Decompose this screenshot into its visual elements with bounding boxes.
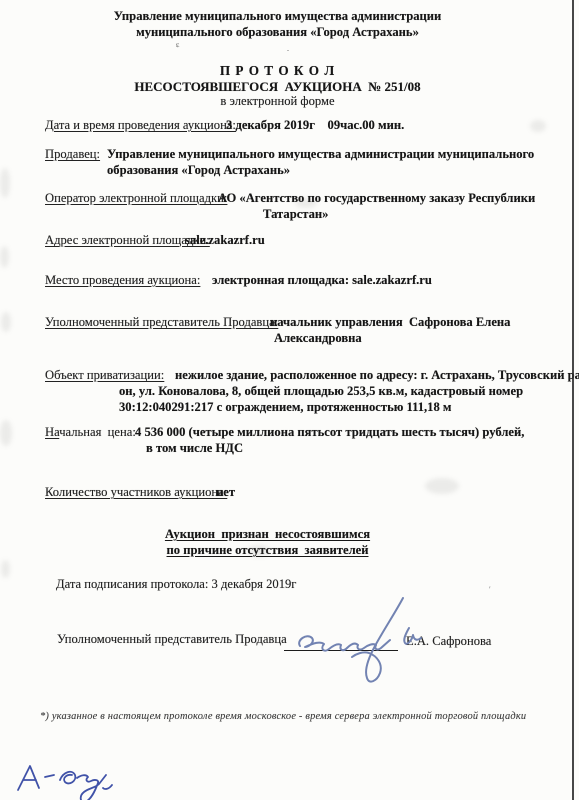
field-object-value-line2: он, ул. Коновалова, 8, общей площадью 25… (119, 384, 523, 399)
scanned-protocol-page: Управление муниципального имущества адми… (0, 0, 579, 800)
field-participants-label: Количество участников аукциона: (45, 485, 227, 500)
field-operator-value-line2: Татарстан» (263, 207, 328, 222)
field-seller-value-line2: образования «Город Астрахань» (107, 163, 290, 178)
field-datetime-value: 3 декабря 2019г 09час.00 мин. (226, 118, 404, 133)
scan-smudge (1, 312, 11, 332)
signing-date-line: Дата подписания протокола: 3 декабря 201… (56, 577, 296, 592)
field-seller-value-line1: Управление муниципального имущества адми… (107, 147, 534, 162)
doc-title-line1: П Р О Т О К О Л (0, 63, 555, 78)
field-operator-label: Оператор электронной площадки: (45, 191, 227, 206)
field-object-value-line1: нежилое здание, расположенное по адресу:… (175, 368, 579, 383)
scan-edge-line (572, 0, 574, 800)
footnote: *) указанное в настоящем протоколе время… (40, 709, 526, 724)
field-venue-label: Место проведения аукциона: (45, 273, 200, 288)
doc-title-line3: в электронной форме (0, 94, 555, 109)
scan-smudge (0, 420, 12, 446)
scan-speck: . (287, 45, 289, 53)
handwritten-signature (282, 588, 432, 693)
field-operator-value-line1: АО «Агентство по государственному заказу… (218, 191, 535, 206)
result-statement-line1: Аукцион признан несостоявшимся (0, 527, 545, 542)
field-object-label: Объект приватизации: (45, 368, 164, 383)
field-price-label: Начальная цена: (45, 425, 136, 440)
org-name-line2: муниципального образования «Город Астрах… (0, 25, 555, 40)
org-name-line1: Управление муниципального имущества адми… (0, 9, 555, 24)
signer-label: Уполномоченный представитель Продавца (57, 632, 287, 647)
scan-smudge (0, 168, 10, 198)
field-address-value: sale.zakazrf.ru (185, 233, 265, 248)
scan-smudge (530, 120, 546, 132)
field-participants-value: нет (216, 485, 235, 500)
scan-smudge (0, 246, 9, 268)
scan-smudge (248, 545, 270, 557)
field-venue-value: электронная площадка: sale.zakazrf.ru (212, 273, 432, 288)
doc-title-line2: НЕСОСТОЯВШЕГОСЯ АУКЦИОНА № 251/08 (0, 79, 555, 94)
scan-smudge (295, 198, 317, 208)
field-representative-value-line2: Александровна (274, 331, 362, 346)
result-statement-line2: по причине отсутствия заявителей (0, 543, 545, 558)
field-price-label-underlined-part: На (45, 425, 59, 439)
scan-speck: ɛ (175, 41, 179, 49)
field-price-value-line2: в том числе НДС (146, 441, 243, 456)
scan-smudge (425, 478, 459, 494)
field-representative-value-line1: начальник управления Сафронова Елена (270, 315, 510, 330)
scan-smudge (1, 560, 10, 578)
field-object-value-line3: 30:12:040291:217 с ограждением, протяжен… (119, 400, 451, 415)
field-price-label-rest: чальная цена: (59, 425, 136, 439)
field-datetime-label: Дата и время проведения аукциона: (45, 118, 236, 133)
field-seller-label: Продавец: (45, 147, 100, 162)
handwritten-mark (12, 757, 112, 800)
field-price-value-line1: 4 536 000 (четыре миллиона пятьсот тридц… (135, 425, 524, 440)
field-representative-label: Уполномоченный представитель Продавца: (45, 315, 278, 330)
